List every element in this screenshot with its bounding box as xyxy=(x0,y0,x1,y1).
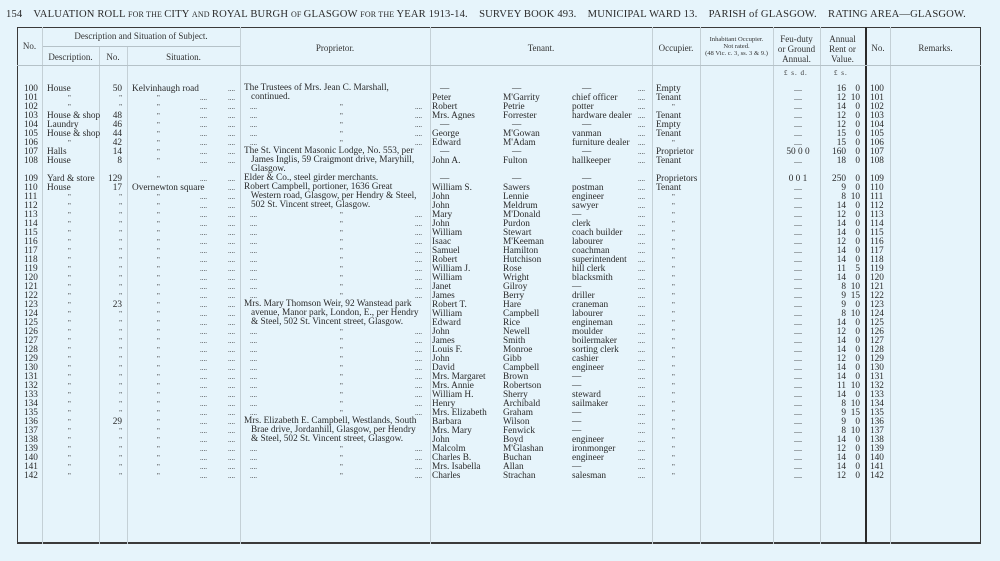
survey-book: SURVEY BOOK 493. xyxy=(479,9,576,20)
tenant-occupation: hallkeeper xyxy=(572,156,611,166)
leader-dots: .... xyxy=(228,471,235,481)
col-header-no: No. xyxy=(17,41,42,51)
col-header-no-right: No. xyxy=(866,43,890,53)
rent-shillings: 0 xyxy=(848,156,860,166)
col-header-situation: Situation. xyxy=(127,52,240,62)
leader-dots: .... xyxy=(638,471,645,481)
municipal-ward: MUNICIPAL WARD 13. xyxy=(588,9,698,20)
table-row: 108House8"John A.FultonhallkeeperTenant.… xyxy=(0,156,1000,166)
rent-pounds: 18 xyxy=(828,156,846,166)
tenant-surname: Strachan xyxy=(503,471,536,481)
col-header-description: Description. xyxy=(42,52,99,62)
rent-units: £ s. xyxy=(834,69,848,77)
proprietor: Mrs. Elizabeth E. Campbell, Westlands, S… xyxy=(244,417,428,444)
col-header-proprietor: Proprietor. xyxy=(240,43,430,53)
leader-dots: .... xyxy=(200,471,207,481)
leader-dots: .... xyxy=(200,156,207,166)
col-header-number: No. xyxy=(99,52,127,62)
description: House xyxy=(47,156,71,166)
leader-dots: .... xyxy=(415,471,422,481)
col-header-occupier: Occupier. xyxy=(652,43,700,53)
tenant-surname: Fulton xyxy=(503,156,527,166)
roll-title: VALUATION ROLL FOR THE CITY AND ROYAL BU… xyxy=(33,9,468,20)
situation: " xyxy=(157,471,160,481)
proprietor-line: 502 St. Vincent street, Glasgow. xyxy=(244,201,428,210)
rent-pounds: 12 xyxy=(828,471,846,481)
street-number: " xyxy=(100,471,122,481)
feu-duty: .... xyxy=(778,471,818,481)
proprietor: Mrs. Mary Thomson Weir, 92 Wanstead park… xyxy=(244,300,428,327)
col-header-remarks: Remarks. xyxy=(890,43,981,53)
col-header-annual-rent: Annual Rent or Value. xyxy=(820,34,865,64)
situation: " xyxy=(157,156,160,166)
description: " xyxy=(68,471,71,481)
proprietor: The Trustees of Mrs. Jean C. Marshall, c… xyxy=(244,84,428,102)
proprietor-line: continued. xyxy=(244,93,428,102)
feu-units: £ s. d. xyxy=(784,69,808,77)
rating-area: RATING AREA—GLASGOW. xyxy=(828,9,966,20)
tenant-forename: Charles xyxy=(432,471,460,481)
entry-number: 142 xyxy=(24,471,38,481)
col-header-feu-duty: Feu-duty or Ground Annual. xyxy=(773,34,820,64)
tenant-forename: John A. xyxy=(432,156,460,166)
col-header-tenant: Tenant. xyxy=(430,43,652,53)
col-header-description-group: Description and Situation of Subject. xyxy=(42,31,240,41)
header-subrule xyxy=(43,46,240,47)
occupier: " xyxy=(672,471,675,481)
leader-dots: .... xyxy=(228,156,235,166)
ditto-mark: " xyxy=(340,471,343,481)
proprietor-line: & Steel, 502 St. Vincent street, Glasgow… xyxy=(244,318,428,327)
entry-number: 108 xyxy=(24,156,38,166)
street-number: 8 xyxy=(100,156,122,166)
tenant-occupation: salesman xyxy=(572,471,606,481)
proprietor-line: & Steel, 502 St. Vincent street, Glasgow… xyxy=(244,435,428,444)
page-header: 154 VALUATION ROLL FOR THE CITY AND ROYA… xyxy=(6,9,996,20)
proprietor: The St. Vincent Masonic Lodge, No. 553, … xyxy=(244,147,428,174)
rent-shillings: 0 xyxy=(848,471,860,481)
table-row: 142"""CharlesStrachansalesman"....120142… xyxy=(0,471,1000,481)
leader-dots: .... xyxy=(250,471,257,481)
parish: PARISH of GLASGOW. xyxy=(709,9,817,20)
proprietor: Robert Campbell, portioner, 1636 Great W… xyxy=(244,183,428,210)
feu-duty: .... xyxy=(778,156,818,166)
col-header-inhabitant: Inhabitant Occupier. Not rated. (48 Vic.… xyxy=(700,36,773,58)
entry-number-right: 142 xyxy=(870,471,884,481)
occupier: Tenant xyxy=(656,156,681,166)
page-number: 154 xyxy=(6,9,22,20)
entry-number-right: 108 xyxy=(870,156,884,166)
header-rule xyxy=(17,65,981,66)
leader-dots: .... xyxy=(638,156,645,166)
